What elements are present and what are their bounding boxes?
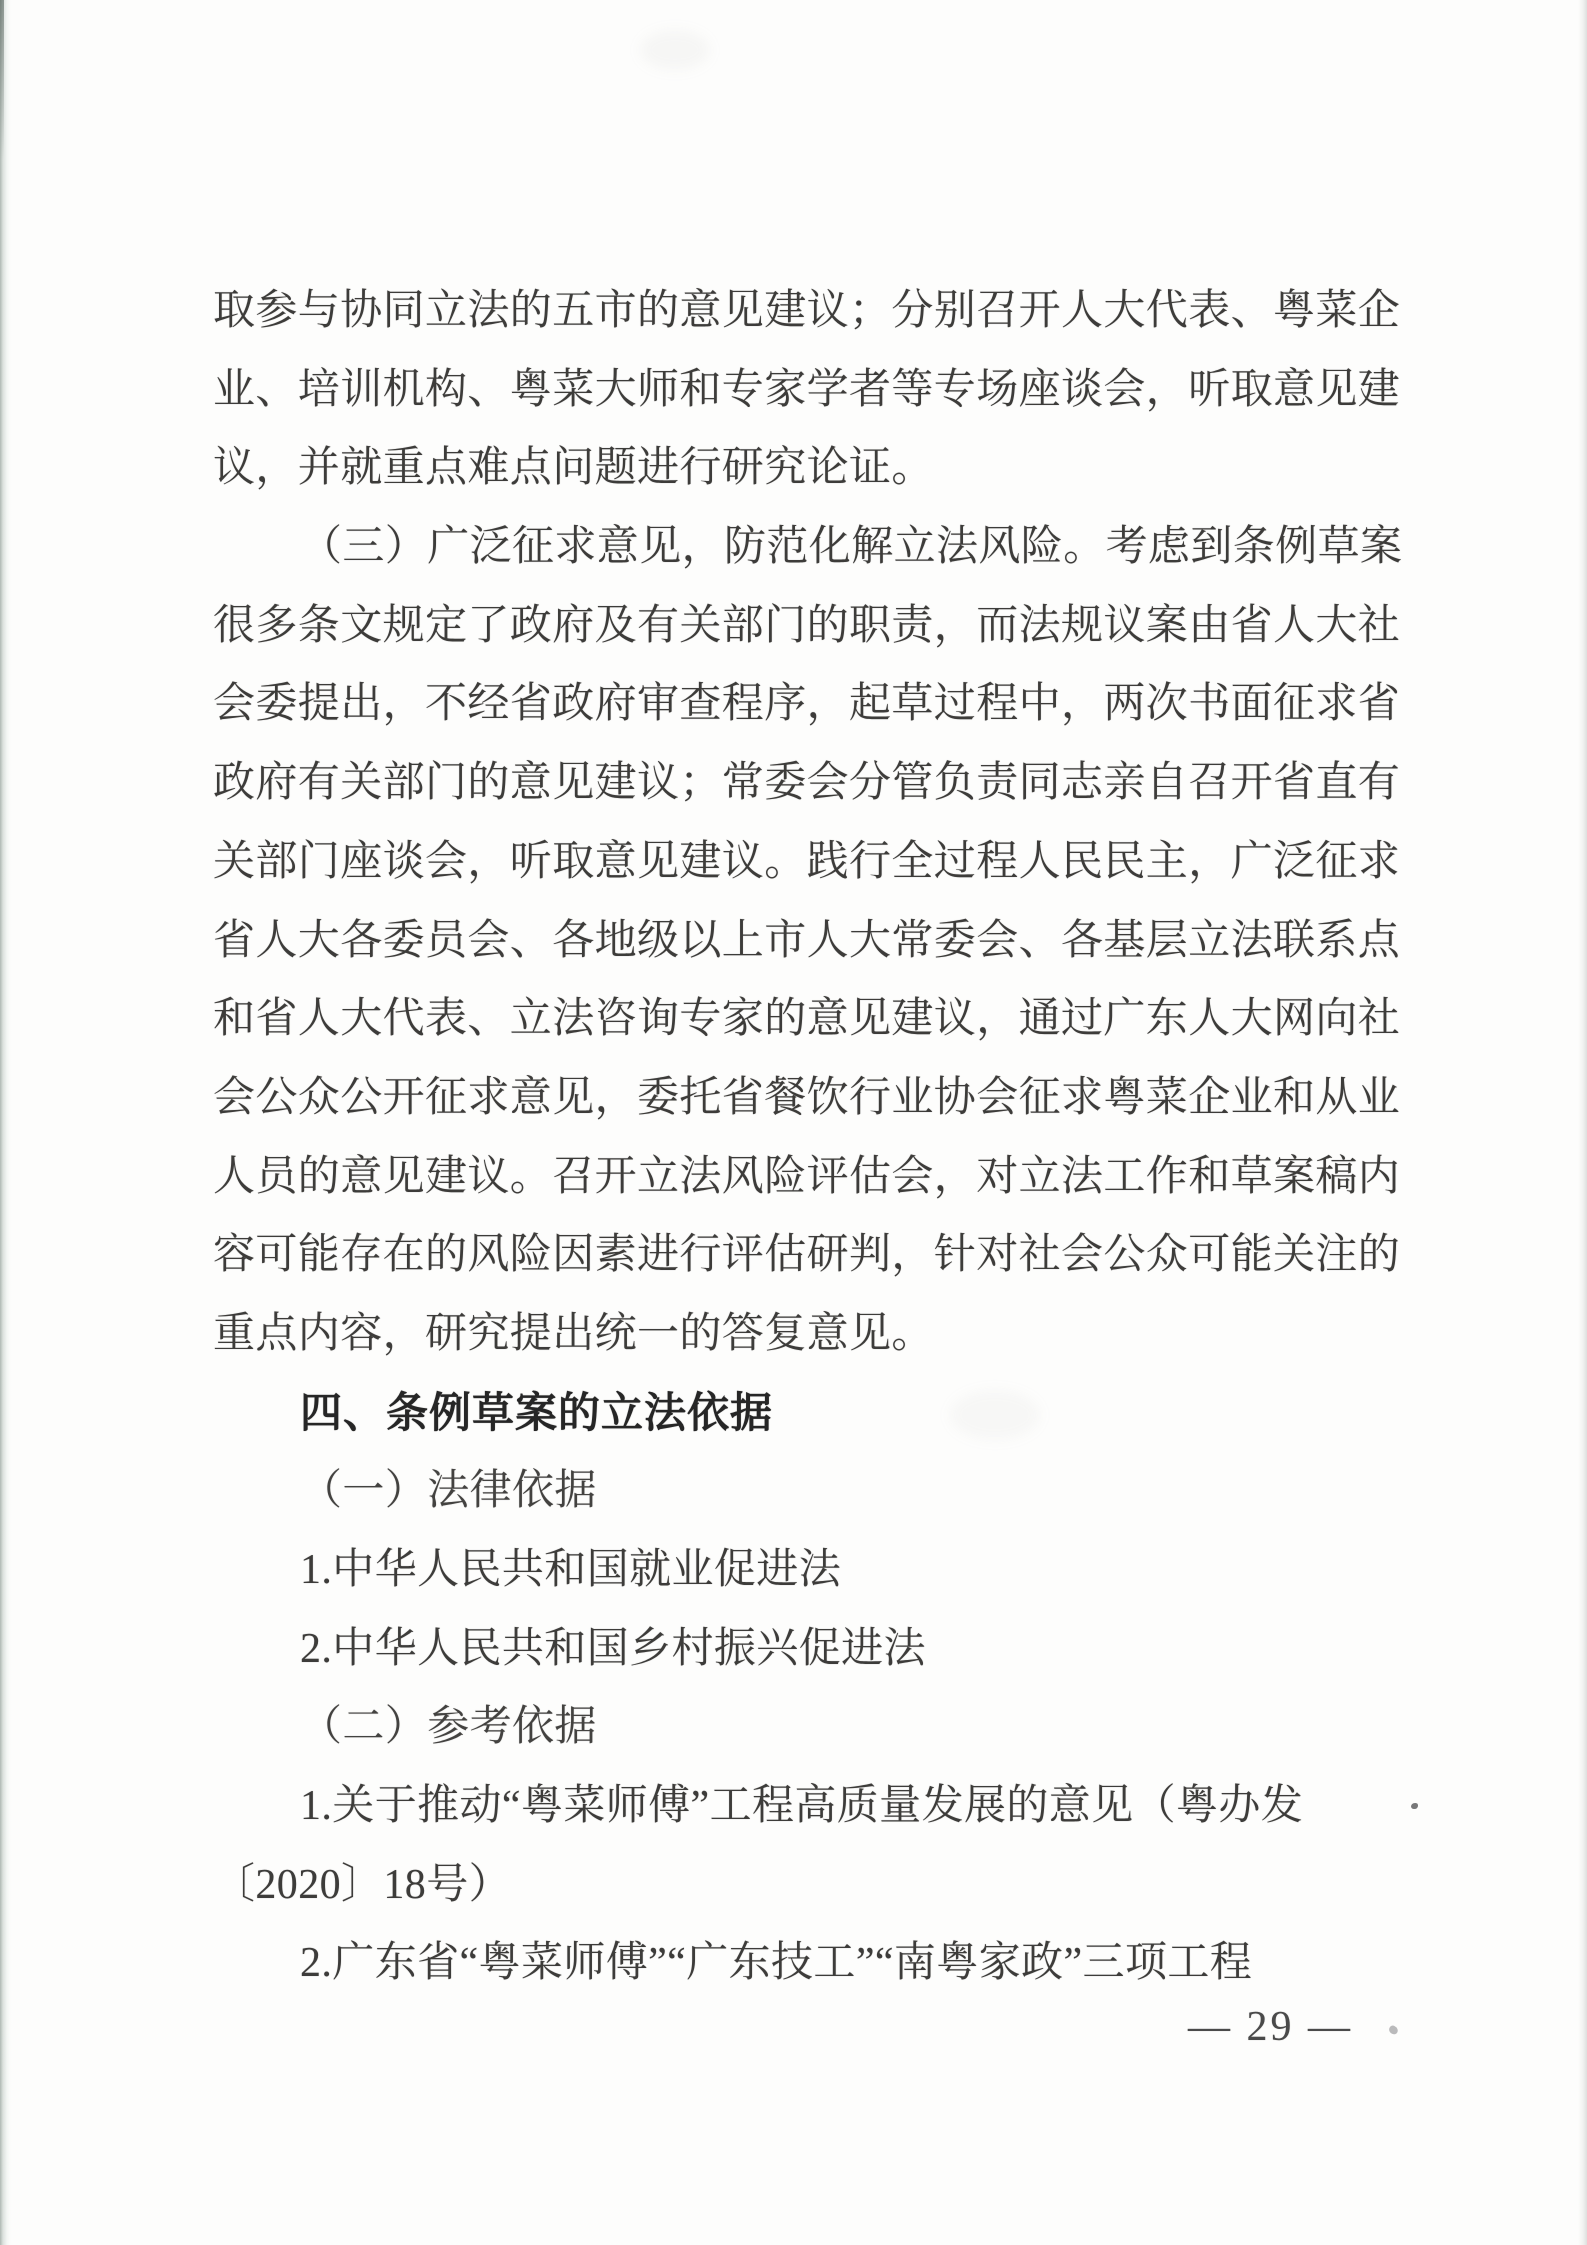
body-line: 重点内容，研究提出统一的答复意见。 <box>213 1295 1409 1374</box>
body-line: 政府有关部门的意见建议；常委会分管负责同志亲自召开省直有 <box>213 744 1409 823</box>
body-line: 省人大各委员会、各地级以上市人大常委会、各基层立法联系点 <box>213 902 1409 981</box>
scanned-document-page: 取参与协同立法的五市的意见建议；分别召开人大代表、粤菜企 业、培训机构、粤菜大师… <box>0 0 1587 2245</box>
body-line: 会委提出，不经省政府审查程序，起草过程中，两次书面征求省 <box>213 665 1409 744</box>
list-item: 1.关于推动“粤菜师傅”工程高质量发展的意见（粤办发 <box>213 1767 1409 1846</box>
ink-speck <box>1388 2024 1400 2035</box>
subsection-heading: （一）法律依据 <box>213 1452 1409 1531</box>
body-line: 议，并就重点难点问题进行研究论证。 <box>213 429 1409 508</box>
body-line: 关部门座谈会，听取意见建议。践行全过程人民民主，广泛征求 <box>213 823 1409 902</box>
body-line: 人员的意见建议。召开立法风险评估会，对立法工作和草案稿内 <box>213 1138 1409 1217</box>
body-line: 会公众公开征求意见，委托省餐饮行业协会征求粤菜企业和从业 <box>213 1059 1409 1138</box>
body-line: 业、培训机构、粤菜大师和专家学者等专场座谈会，听取意见建 <box>213 351 1409 430</box>
document-text-block: 取参与协同立法的五市的意见建议；分别召开人大代表、粤菜企 业、培训机构、粤菜大师… <box>213 272 1409 2003</box>
body-line: 和省人大代表、立法咨询专家的意见建议，通过广东人大网向社 <box>213 980 1409 1059</box>
subsection-heading: （二）参考依据 <box>213 1688 1409 1767</box>
paper-smudge <box>640 30 710 70</box>
scan-edge-right <box>1578 0 1587 2245</box>
list-item: 2.广东省“粤菜师傅”“广东技工”“南粤家政”三项工程 <box>213 1924 1409 2003</box>
ink-speck <box>1411 1803 1418 1809</box>
section-heading: 四、条例草案的立法依据 <box>213 1374 1409 1453</box>
body-line: 容可能存在的风险因素进行评估研判，针对社会公众可能关注的 <box>213 1216 1409 1295</box>
body-line: 取参与协同立法的五市的意见建议；分别召开人大代表、粤菜企 <box>213 272 1409 351</box>
list-item-continuation: 〔2020〕18号） <box>213 1846 1409 1925</box>
list-item: 2.中华人民共和国乡村振兴促进法 <box>213 1610 1409 1689</box>
body-line: 很多条文规定了政府及有关部门的职责，而法规议案由省人大社 <box>213 587 1409 666</box>
body-line: （三）广泛征求意见，防范化解立法风险。考虑到条例草案 <box>213 508 1409 587</box>
list-item: 1.中华人民共和国就业促进法 <box>213 1531 1409 1610</box>
page-number: — 29 — <box>1188 2005 1353 2049</box>
scan-edge-left <box>0 0 12 2245</box>
